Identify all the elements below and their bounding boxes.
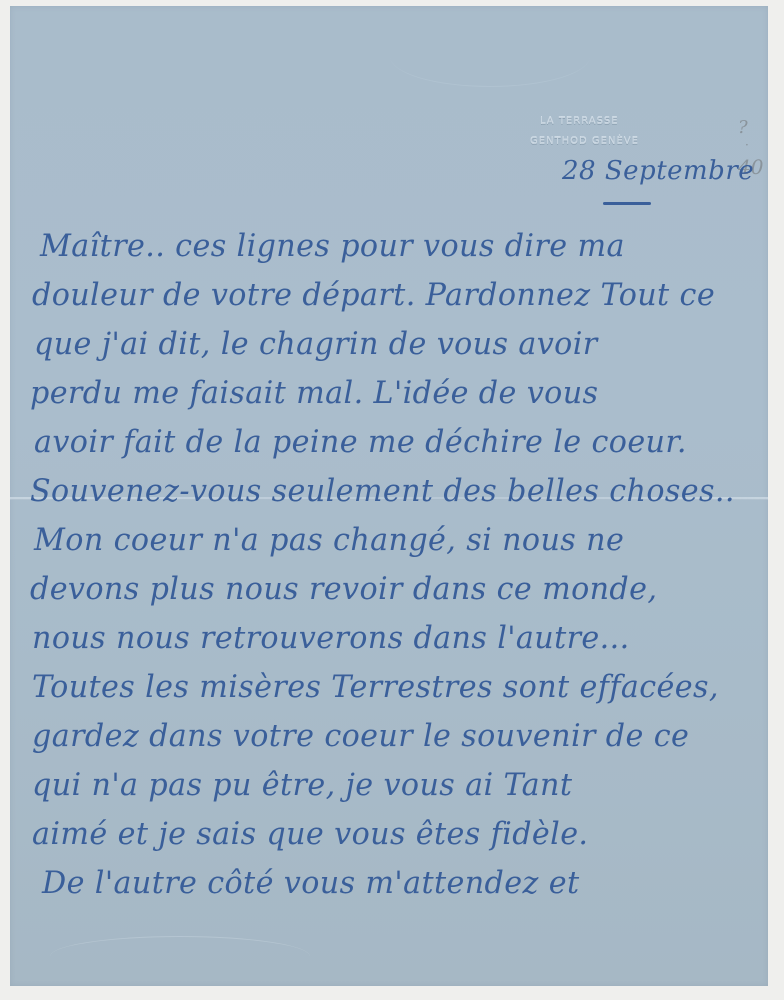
letter-line: De l'autre côté vous m'attendez et [42,859,750,908]
letter-line: gardez dans votre coeur le souvenir de c… [32,712,750,761]
letter-line: perdu me faisait mal. L'idée de vous [30,369,750,418]
letter-line: douleur de votre départ. Pardonnez Tout … [32,271,750,320]
letter-line: Maître.. ces lignes pour vous dire ma [40,222,750,271]
paper-crease [50,936,310,977]
letter-line: qui n'a pas pu être, je vous ai Tant [32,761,750,810]
letter-line: avoir fait de la peine me déchire le coe… [34,418,750,467]
letter-line: aimé et je sais que vous êtes fidèle. [32,810,750,859]
letter-line: nous nous retrouverons dans l'autre... [32,614,750,663]
letterhead-name: LA TERRASSE [540,112,639,132]
letter-line: que j'ai dit, le chagrin de vous avoir [34,320,750,369]
embossed-letterhead: LA TERRASSE GENTHOD GENÈVE [530,112,639,152]
paper-crease [390,26,590,87]
scanned-page: LA TERRASSE GENTHOD GENÈVE ? · 40 28 Sep… [0,0,784,1000]
pencil-question-mark: ? [738,117,748,138]
letter-body: Maître.. ces lignes pour vous dire ma do… [30,222,770,908]
letter-line: Mon coeur n'a pas changé, si nous ne [34,516,750,565]
letter-line: devons plus nous revoir dans ce monde, [30,565,750,614]
letter-line: Toutes les misères Terrestres sont effac… [32,663,750,712]
letter-line: Souvenez-vous seulement des belles chose… [30,467,750,516]
pencil-dot: · [745,138,749,152]
letter-date: 28 Septembre [562,156,754,186]
date-underline [603,202,651,205]
letterhead-location: GENTHOD GENÈVE [530,132,639,152]
